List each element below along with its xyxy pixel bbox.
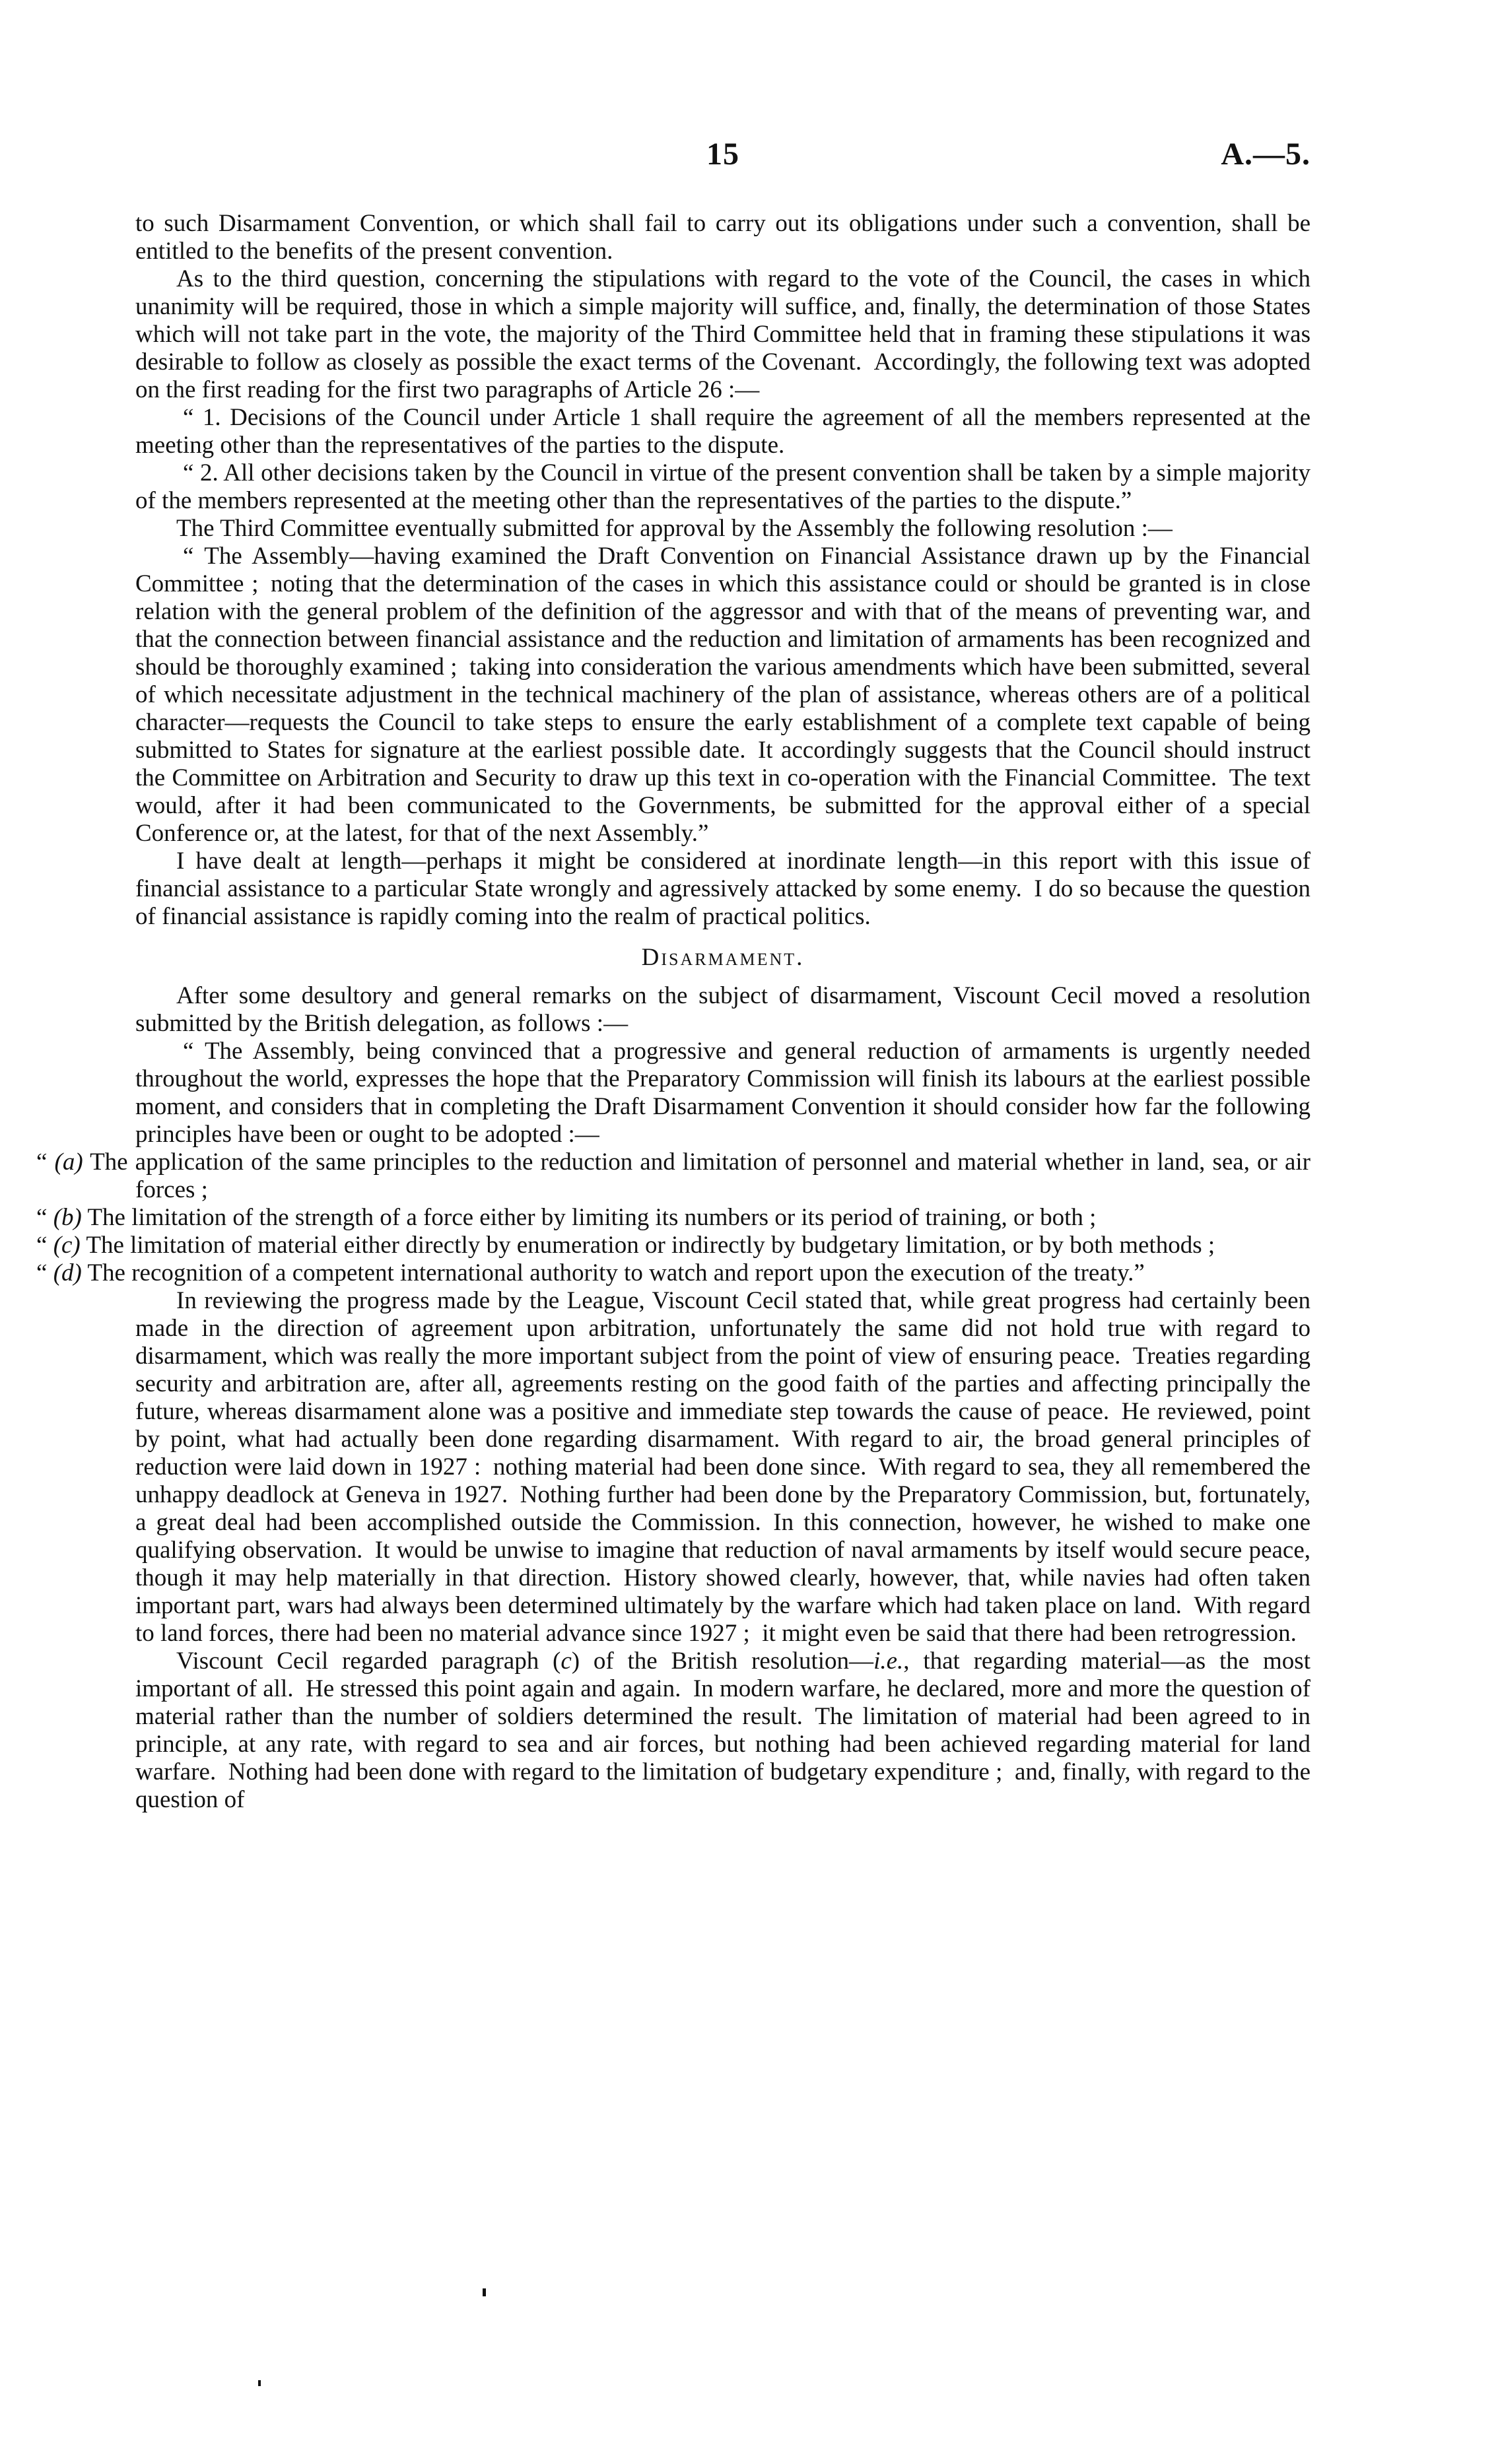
list-item-a: “ (a) The application of the same princi… — [135, 1149, 1311, 1204]
text-segment: Viscount Cecil regarded paragraph ( — [176, 1648, 561, 1675]
list-item-d: “ (d) The recognition of a competent int… — [135, 1259, 1311, 1287]
section-heading-disarmament: Disarmament. — [135, 944, 1311, 972]
list-item-c: “ (c) The limitation of material either … — [135, 1232, 1311, 1259]
list-item-marker: (b) — [53, 1204, 82, 1231]
paragraph-continuation: to such Disarmament Convention, or which… — [135, 210, 1311, 265]
quote-mark: “ — [36, 1232, 53, 1259]
list-item-text: The limitation of material either direct… — [81, 1232, 1215, 1259]
italic-segment: c — [561, 1648, 571, 1675]
ink-speck — [258, 2380, 261, 2386]
text-segment: ) of the British resolution— — [572, 1648, 873, 1675]
quote-article26-2: “ 2. All other decisions taken by the Co… — [135, 459, 1311, 515]
paragraph-reviewing-progress: In reviewing the progress made by the Le… — [135, 1287, 1311, 1648]
paragraph-third-committee: The Third Committee eventually submitted… — [135, 515, 1311, 543]
list-item-text: The application of the same principles t… — [83, 1149, 1311, 1203]
italic-segment: i.e. — [873, 1648, 903, 1675]
list-item-marker: (a) — [55, 1149, 83, 1176]
quote-assembly-resolution: “ The Assembly—having examined the Draft… — [135, 543, 1311, 848]
paragraph-regarded-paragraph-c: Viscount Cecil regarded paragraph (c) of… — [135, 1648, 1311, 1814]
list-item-marker: (c) — [53, 1232, 81, 1259]
ink-speck — [483, 2288, 486, 2296]
list-item-b: “ (b) The limitation of the strength of … — [135, 1204, 1311, 1232]
page-number: 15 — [135, 136, 1311, 172]
body-text: to such Disarmament Convention, or which… — [135, 210, 1311, 1814]
page-header: 15 A.—5. — [135, 136, 1311, 176]
list-item-text: The recognition of a competent internati… — [82, 1259, 1145, 1286]
quote-mark: “ — [36, 1259, 53, 1286]
paragraph-third-question: As to the third question, concerning the… — [135, 265, 1311, 404]
quote-mark: “ — [36, 1204, 53, 1231]
list-item-marker: (d) — [53, 1259, 82, 1286]
paragraph-dealt-at-length: I have dealt at length—perhaps it might … — [135, 848, 1311, 931]
list-item-text: The limitation of the strength of a forc… — [82, 1204, 1097, 1231]
quote-article26-1: “ 1. Decisions of the Council under Arti… — [135, 404, 1311, 459]
paragraph-viscount-cecil-moved: After some desultory and general remarks… — [135, 982, 1311, 1038]
doc-reference: A.—5. — [1221, 136, 1311, 172]
quote-mark: “ — [36, 1149, 55, 1176]
document-page: 15 A.—5. to such Disarmament Convention,… — [0, 0, 1498, 2464]
quote-british-resolution: “ The Assembly, being convinced that a p… — [135, 1038, 1311, 1149]
